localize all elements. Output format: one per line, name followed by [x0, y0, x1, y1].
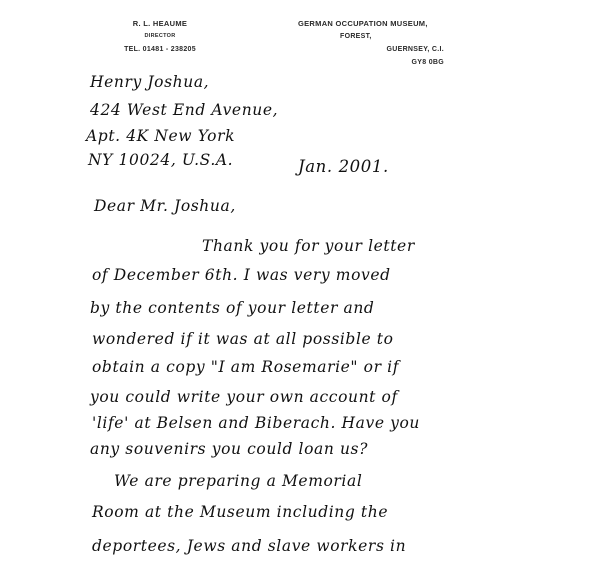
body-line: Thank you for your letter [202, 237, 415, 255]
body-line: of December 6th. I was very moved [92, 266, 391, 284]
director-title: DIRECTOR [100, 33, 220, 39]
letter-date: Jan. 2001. [298, 157, 389, 176]
organization-name: GERMAN OCCUPATION MUSEUM, [298, 19, 428, 28]
body-line: obtain a copy "I am Rosemarie" or if [92, 358, 399, 376]
body-line: Room at the Museum including the [92, 503, 388, 521]
telephone: TEL. 01481 - 238205 [100, 46, 220, 53]
body-line: deportees, Jews and slave workers in [92, 537, 406, 555]
recipient-address-line: 424 West End Avenue, [90, 101, 278, 119]
body-line: 'life' at Belsen and Biberach. Have you [92, 414, 420, 432]
postcode: GY8 0BG [412, 59, 444, 66]
body-line: We are preparing a Memorial [114, 472, 362, 490]
director-name: R. L. HEAUME [100, 19, 220, 28]
body-line: wondered if it was at all possible to [92, 330, 394, 348]
address-line-2: GUERNSEY, C.I. [387, 46, 445, 53]
address-line-1: FOREST, [340, 33, 372, 40]
body-line: you could write your own account of [90, 388, 398, 406]
body-line: by the contents of your letter and [90, 299, 374, 317]
salutation: Dear Mr. Joshua, [94, 197, 236, 215]
recipient-name: Henry Joshua, [90, 73, 209, 91]
recipient-address-line: NY 10024, U.S.A. [88, 151, 233, 169]
body-line: any souvenirs you could loan us? [90, 440, 368, 458]
recipient-address-line: Apt. 4K New York [86, 127, 235, 145]
